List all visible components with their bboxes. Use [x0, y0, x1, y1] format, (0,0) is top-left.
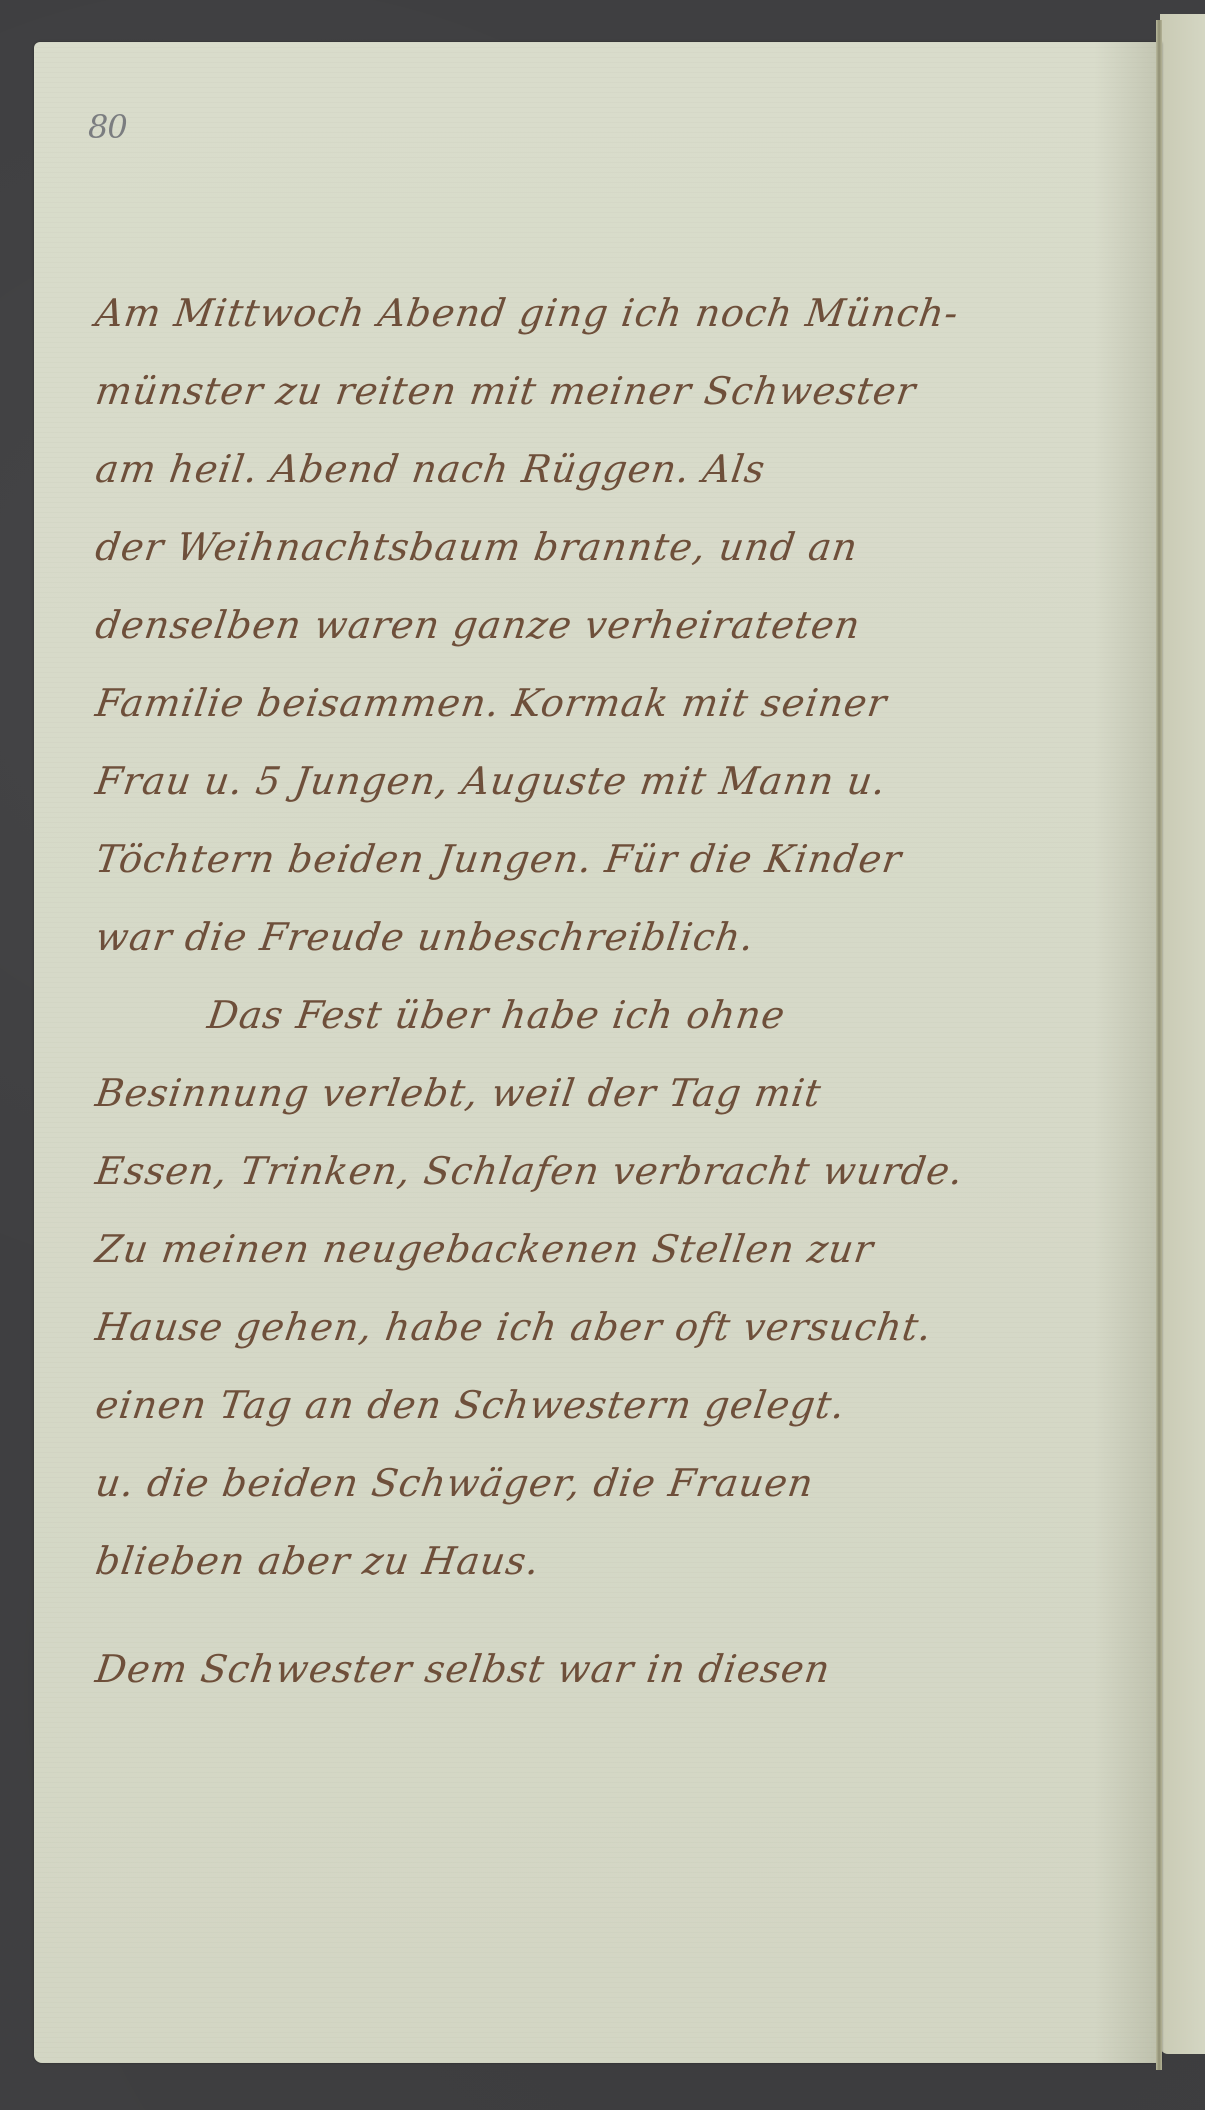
text-line: war die Freude unbeschreiblich.: [91, 898, 1112, 976]
text-line: Hause gehen, habe ich aber oft versucht.: [91, 1288, 1112, 1366]
binding-gutter: [1156, 20, 1162, 2070]
text-line: Frau u. 5 Jungen, Auguste mit Mann u.: [91, 742, 1112, 820]
text-line: am heil. Abend nach Rüggen. Als: [91, 430, 1112, 508]
handwritten-text-block: Am Mittwoch Abend ging ich noch Münch- m…: [96, 274, 1106, 1708]
text-line: Essen, Trinken, Schlafen verbracht wurde…: [91, 1132, 1112, 1210]
text-line: u. die beiden Schwäger, die Frauen: [91, 1444, 1112, 1522]
text-line: einen Tag an den Schwestern gelegt.: [91, 1366, 1112, 1444]
text-line: Besinnung verlebt, weil der Tag mit: [91, 1054, 1112, 1132]
paragraph-start-line: Dem Schwester selbst war in diesen: [91, 1630, 1112, 1708]
text-line: Familie beisammen. Kormak mit seiner: [91, 664, 1112, 742]
text-line: Am Mittwoch Abend ging ich noch Münch-: [91, 274, 1112, 352]
text-line: Zu meinen neugebackenen Stellen zur: [91, 1210, 1112, 1288]
text-line: blieben aber zu Haus.: [91, 1522, 1112, 1600]
text-line: denselben waren ganze verheirateten: [91, 586, 1112, 664]
manuscript-page: 80 Am Mittwoch Abend ging ich noch Münch…: [34, 42, 1162, 2063]
text-line: Töchtern beiden Jungen. Für die Kinder: [91, 820, 1112, 898]
text-line: münster zu reiten mit meiner Schwester: [91, 352, 1112, 430]
adjacent-page-edge: [1160, 14, 1205, 2054]
text-line: der Weihnachtsbaum brannte, und an: [91, 508, 1112, 586]
page-number: 80: [88, 108, 127, 146]
paragraph-start-line: Das Fest über habe ich ohne: [91, 976, 1112, 1054]
